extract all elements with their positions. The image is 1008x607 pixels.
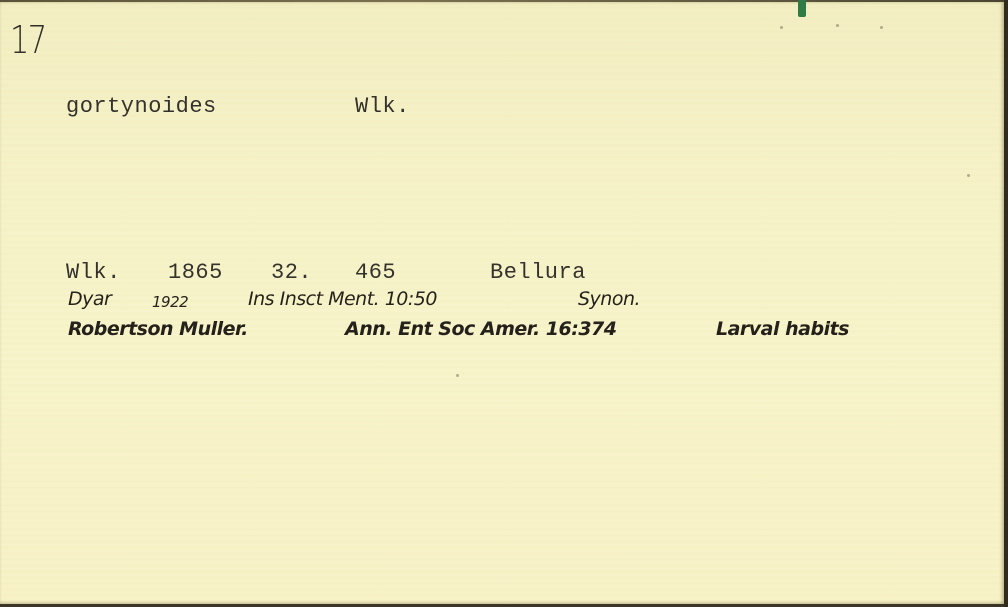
original-reference: Wlk. 1865 32. 465 Bellura <box>0 260 1008 290</box>
note-year: 1922 <box>152 293 188 311</box>
note-author: Dyar <box>68 288 111 310</box>
paper-speck <box>456 374 459 377</box>
paper-speck <box>967 174 970 177</box>
reference-page: 465 <box>355 260 396 285</box>
reference-volume: 32. <box>271 260 312 285</box>
card-right-edge <box>1004 0 1008 607</box>
paper-speck <box>780 26 783 29</box>
reference-year: 1865 <box>168 260 223 285</box>
green-tab-marker <box>798 0 806 17</box>
card-number: 17 <box>10 18 45 62</box>
species-author: Wlk. <box>355 94 410 119</box>
index-card: 17 gortynoides Wlk. Wlk. 1865 32. 465 Be… <box>0 2 1004 604</box>
note-remark: Synon. <box>578 288 640 310</box>
reference-author: Wlk. <box>66 260 121 285</box>
paper-speck <box>880 26 883 29</box>
note-citation: Ann. Ent Soc Amer. 16:374 <box>345 318 617 340</box>
note-citation: Ins Insct Ment. 10:50 <box>248 288 437 310</box>
note-author: Robertson Muller. <box>68 318 248 340</box>
paper-speck <box>836 24 839 27</box>
species-name: gortynoides <box>66 94 217 119</box>
reference-genus: Bellura <box>490 260 586 285</box>
note-remark: Larval habits <box>716 318 849 340</box>
